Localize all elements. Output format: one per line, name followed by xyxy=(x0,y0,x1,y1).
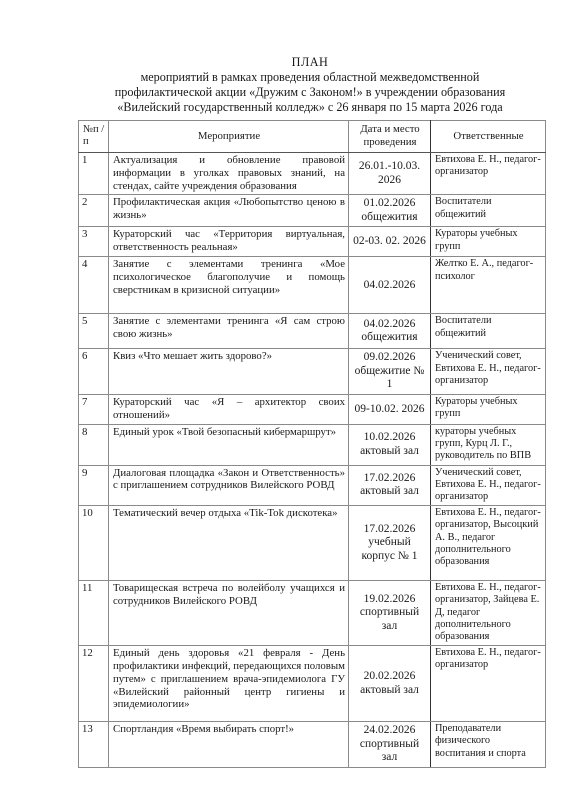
row-event: Занятие с элементами тренинга «Я сам стр… xyxy=(109,314,349,349)
row-date-place: 26.01.-10.03. 2026 xyxy=(349,153,431,195)
table-row: 13Спортландия «Время выбирать спорт!»24.… xyxy=(79,722,546,768)
row-number: 11 xyxy=(79,581,109,646)
header-num: №п /п xyxy=(79,121,109,153)
table-header-row: №п /п Мероприятие Дата и место проведени… xyxy=(79,121,546,153)
row-number: 6 xyxy=(79,349,109,395)
row-date-place: 10.02.2026 актовый зал xyxy=(349,424,431,465)
row-event: Единый урок «Твой безопасный кибермаршру… xyxy=(109,424,349,465)
table-row: 7Кураторский час «Я – архитектор своих о… xyxy=(79,394,546,424)
row-responsible: кураторы учебных групп, Курц Л. Г., руко… xyxy=(431,424,546,465)
row-date-place: 17.02.2026 учебный корпус № 1 xyxy=(349,506,431,581)
row-date-place: 19.02.2026 спортивный зал xyxy=(349,581,431,646)
table-row: 2Профилактическая акция «Любопытство цен… xyxy=(79,195,546,227)
row-responsible: Евтихова Е. Н., педагог-организатор, Зай… xyxy=(431,581,546,646)
row-event: Кураторский час «Я – архитектор своих от… xyxy=(109,394,349,424)
row-number: 2 xyxy=(79,195,109,227)
row-number: 8 xyxy=(79,424,109,465)
row-number: 10 xyxy=(79,506,109,581)
row-event: Товарищеская встреча по волейболу учащих… xyxy=(109,581,349,646)
table-row: 8Единый урок «Твой безопасный кибермаршр… xyxy=(79,424,546,465)
row-date-place: 17.02.2026 актовый зал xyxy=(349,465,431,506)
row-responsible: Кураторы учебных групп xyxy=(431,394,546,424)
row-number: 9 xyxy=(79,465,109,506)
table-row: 9Диалоговая площадка «Закон и Ответствен… xyxy=(79,465,546,506)
row-number: 13 xyxy=(79,722,109,768)
document-header: ПЛАН мероприятий в рамках проведения обл… xyxy=(60,55,560,115)
table-row: 10Тематический вечер отдыха «Tik-Tok дис… xyxy=(79,506,546,581)
row-number: 4 xyxy=(79,257,109,314)
row-date-place: 09-10.02. 2026 xyxy=(349,394,431,424)
row-event: Единый день здоровья «21 февраля - День … xyxy=(109,646,349,722)
table-row: 12Единый день здоровья «21 февраля - Ден… xyxy=(79,646,546,722)
row-responsible: Ученический совет, Евтихова Е. Н., педаг… xyxy=(431,349,546,395)
row-number: 7 xyxy=(79,394,109,424)
table-row: 4Занятие с элементами тренинга «Мое псих… xyxy=(79,257,546,314)
row-event: Диалоговая площадка «Закон и Ответственн… xyxy=(109,465,349,506)
table-row: 11Товарищеская встреча по волейболу учащ… xyxy=(79,581,546,646)
row-date-place: 04.02.2026 xyxy=(349,257,431,314)
row-date-place: 02-03. 02. 2026 xyxy=(349,227,431,257)
row-date-place: 20.02.2026 актовый зал xyxy=(349,646,431,722)
row-responsible: Евтихова Е. Н., педагог-организатор xyxy=(431,153,546,195)
header-date: Дата и место проведения xyxy=(349,121,431,153)
table-row: 3Кураторский час «Территория виртуальная… xyxy=(79,227,546,257)
row-date-place: 01.02.2026 общежития xyxy=(349,195,431,227)
row-event: Кураторский час «Территория виртуальная,… xyxy=(109,227,349,257)
header-responsible: Ответственные xyxy=(431,121,546,153)
row-event: Актуализация и обновление правовой инфор… xyxy=(109,153,349,195)
document-title: ПЛАН xyxy=(60,55,560,70)
row-date-place: 24.02.2026 спортивный зал xyxy=(349,722,431,768)
document-subtitle-line: профилактической акции «Дружим с Законом… xyxy=(60,85,560,100)
row-event: Тематический вечер отдыха «Tik-Tok диско… xyxy=(109,506,349,581)
table-row: 5Занятие с элементами тренинга «Я сам ст… xyxy=(79,314,546,349)
row-responsible: Преподаватели физического воспитания и с… xyxy=(431,722,546,768)
row-responsible: Кураторы учебных групп xyxy=(431,227,546,257)
row-number: 3 xyxy=(79,227,109,257)
document-subtitle-line: мероприятий в рамках проведения областно… xyxy=(60,70,560,85)
row-responsible: Воспитатели общежитий xyxy=(431,314,546,349)
row-responsible: Евтихова Е. Н., педагог-организатор xyxy=(431,646,546,722)
row-number: 5 xyxy=(79,314,109,349)
row-event: Занятие с элементами тренинга «Мое психо… xyxy=(109,257,349,314)
row-responsible: Евтихова Е. Н., педагог-организатор, Выс… xyxy=(431,506,546,581)
row-number: 1 xyxy=(79,153,109,195)
row-event: Квиз «Что мешает жить здорово?» xyxy=(109,349,349,395)
header-event: Мероприятие xyxy=(109,121,349,153)
events-table: №п /п Мероприятие Дата и место проведени… xyxy=(78,120,546,768)
document-subtitle-line: «Вилейский государственный колледж» с 26… xyxy=(60,100,560,115)
table-row: 1Актуализация и обновление правовой инфо… xyxy=(79,153,546,195)
row-date-place: 04.02.2026 общежития xyxy=(349,314,431,349)
row-number: 12 xyxy=(79,646,109,722)
row-event: Спортландия «Время выбирать спорт!» xyxy=(109,722,349,768)
row-responsible: Воспитатели общежитий xyxy=(431,195,546,227)
row-responsible: Желтко Е. А., педагог-психолог xyxy=(431,257,546,314)
row-date-place: 09.02.2026 общежитие № 1 xyxy=(349,349,431,395)
row-responsible: Ученический совет, Евтихова Е. Н., педаг… xyxy=(431,465,546,506)
row-event: Профилактическая акция «Любопытство цено… xyxy=(109,195,349,227)
table-row: 6Квиз «Что мешает жить здорово?»09.02.20… xyxy=(79,349,546,395)
